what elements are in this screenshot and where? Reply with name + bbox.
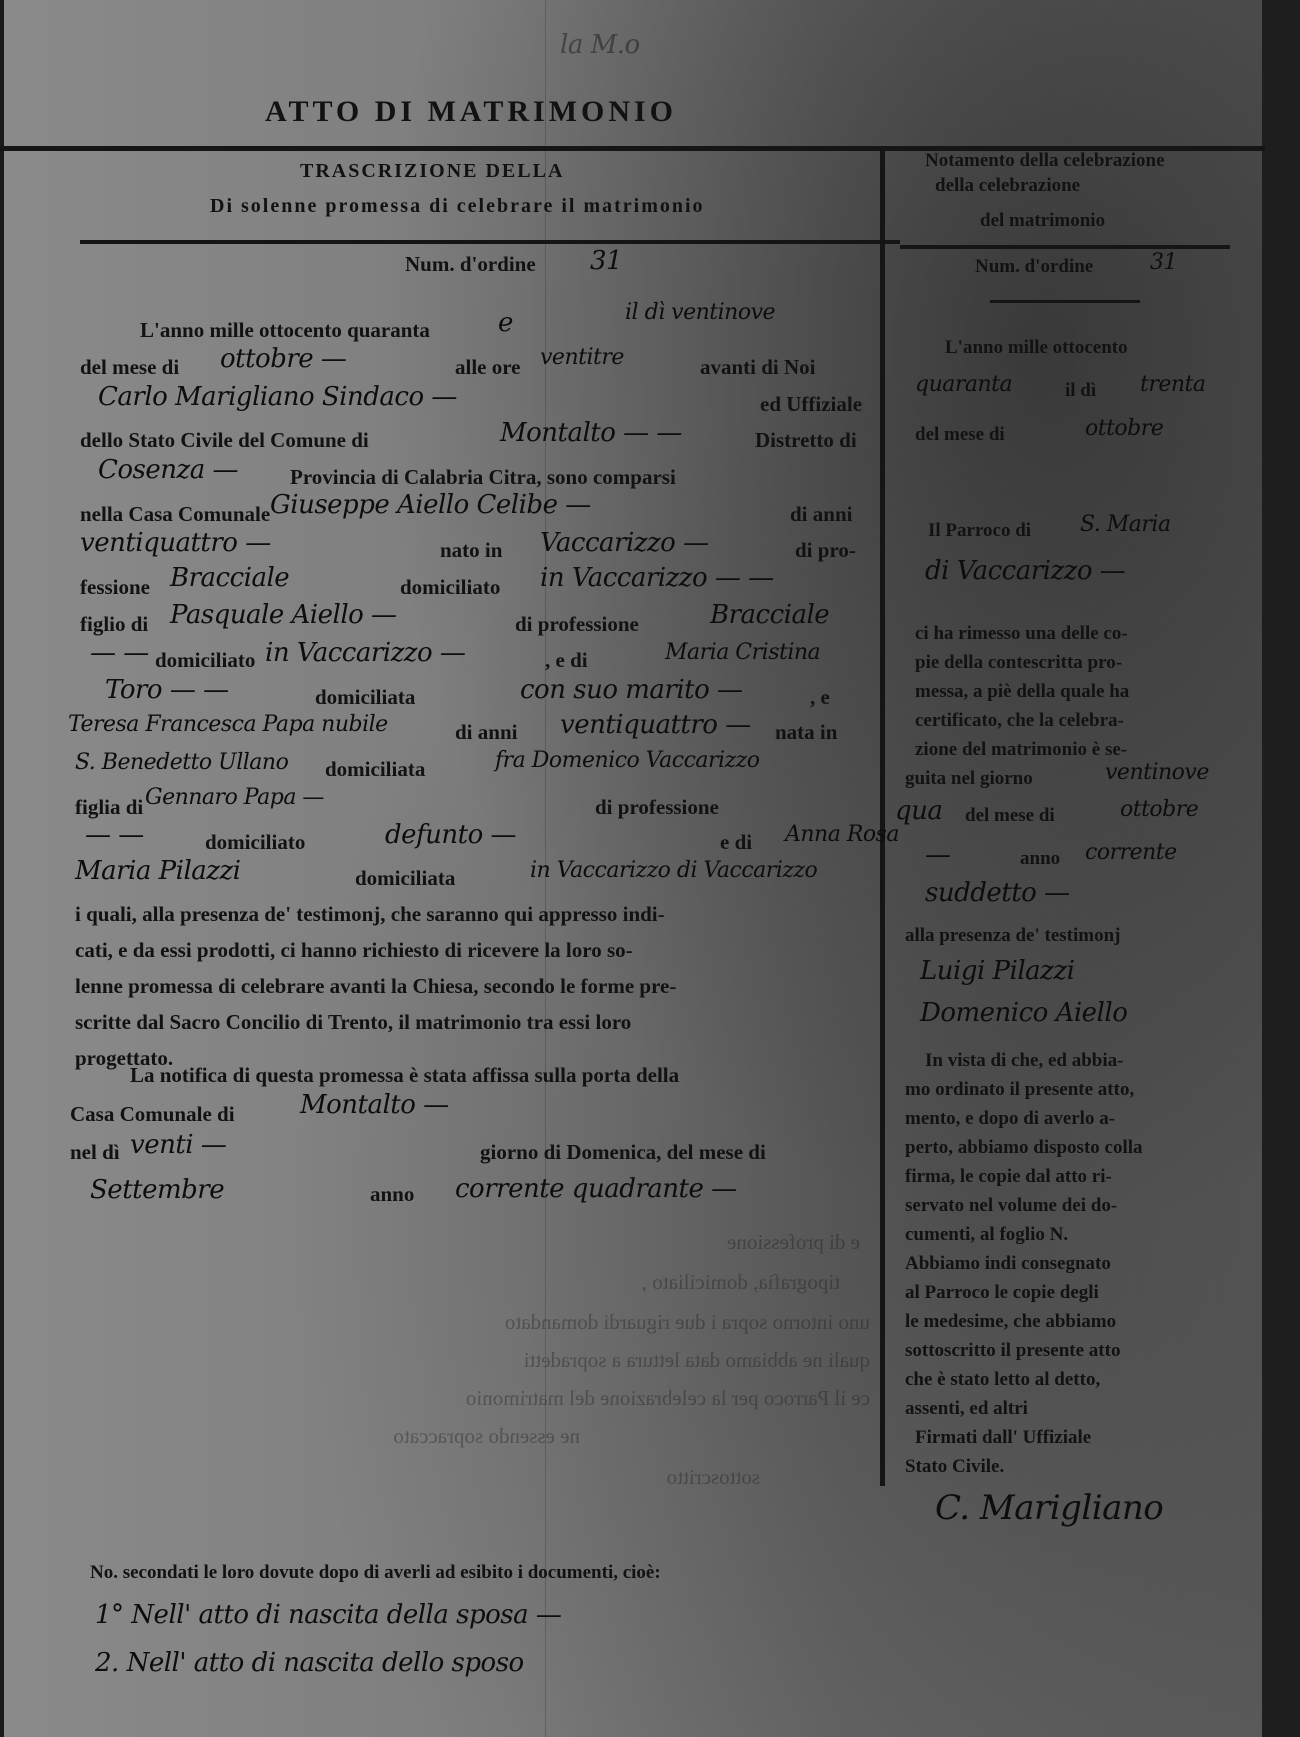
- document-subtitle-line2: Di solenne promessa di celebrare il matr…: [210, 195, 705, 218]
- bleed-line: uno intorno sopra i due riguardi domanda…: [505, 1310, 870, 1335]
- print-text: giorno di Domenica, del mese di: [480, 1140, 766, 1165]
- scan-border-left: [0, 0, 4, 1737]
- bleed-line: tipografia, domiciliato ,: [642, 1270, 840, 1295]
- handwritten-entry: ottobre: [1085, 416, 1163, 441]
- print-text: anno: [1020, 848, 1060, 870]
- sidebar-closing-line: servato nel volume dei do-: [905, 1195, 1117, 1217]
- print-text: domiciliata: [325, 757, 425, 782]
- bleed-line: quali ne abbiamo data lettura a sopradet…: [524, 1348, 870, 1373]
- handwritten-entry: suddetto —: [925, 878, 1070, 908]
- handwritten-entry: Anna Rosa: [785, 822, 899, 847]
- sidebar-closing-line: assenti, ed altri: [905, 1398, 1028, 1420]
- sidebar-closing-line: mo ordinato il presente atto,: [905, 1079, 1134, 1101]
- handwritten-entry: Maria Pilazzi: [75, 856, 240, 886]
- sidebar-closing-line: firma, le copie dal atto ri-: [905, 1166, 1112, 1188]
- sidebar-header: della celebrazione: [935, 175, 1080, 197]
- handwritten-entry: Cosenza —: [98, 455, 238, 485]
- handwritten-entry: ventiquattro —: [80, 528, 271, 558]
- sidebar-order-label: Num. d'ordine: [975, 256, 1093, 278]
- order-number-label: Num. d'ordine: [405, 252, 536, 277]
- bleed-line: ce il Parroco per la celebrazione del ma…: [466, 1386, 870, 1411]
- handwritten-entry: ventitre: [540, 345, 624, 370]
- handwritten-entry: Maria Cristina: [665, 640, 820, 665]
- scan-border-right: [1262, 0, 1300, 1737]
- print-text: La notifica di questa promessa è stata a…: [130, 1063, 679, 1088]
- handwritten-entry: Giuseppe Aiello Celibe —: [270, 490, 591, 520]
- sidebar-closing-line: cumenti, al foglio N.: [905, 1224, 1068, 1246]
- document-title: ATTO DI MATRIMONIO: [265, 95, 677, 129]
- print-text: dello Stato Civile del Comune di: [80, 428, 369, 453]
- footer-note: 2. Nell' atto di nascita dello sposo: [95, 1648, 524, 1678]
- print-text: domiciliata: [355, 866, 455, 891]
- sidebar-rule: [900, 245, 1230, 249]
- witness-name: Domenico Aiello: [920, 998, 1127, 1028]
- sidebar-closing-line: Stato Civile.: [905, 1456, 1004, 1478]
- handwritten-entry: —: [925, 840, 951, 870]
- sidebar-header: Notamento della celebrazione: [925, 150, 1165, 172]
- handwritten-entry: Bracciale: [170, 563, 289, 593]
- print-text: di professione: [595, 795, 719, 820]
- scanned-page: la M.o ATTO DI MATRIMONIO TRASCRIZIONE D…: [0, 0, 1300, 1737]
- sidebar-header: del matrimonio: [980, 210, 1105, 232]
- sidebar-paragraph-line: messa, a piè della quale ha: [915, 681, 1129, 703]
- handwritten-entry: ventiquattro —: [560, 710, 751, 740]
- handwritten-entry: Toro — —: [105, 675, 229, 705]
- print-text: alla presenza de' testimonj: [905, 925, 1121, 947]
- handwritten-entry: defunto —: [385, 820, 516, 850]
- handwritten-entry: Teresa Francesca Papa nubile: [68, 712, 388, 737]
- handwritten-entry: venti —: [130, 1130, 226, 1160]
- handwritten-entry: Montalto —: [300, 1090, 449, 1120]
- handwritten-entry: Vaccarizzo —: [540, 528, 709, 558]
- handwritten-entry: ventinove: [1105, 760, 1209, 785]
- print-text: figlio di: [80, 612, 148, 637]
- print-text: L'anno mille ottocento quaranta: [140, 318, 430, 343]
- print-text: Il Parroco di: [928, 520, 1031, 542]
- sidebar-closing-line: le medesime, che abbiamo: [905, 1311, 1116, 1333]
- print-text: ed Uffiziale: [760, 392, 862, 417]
- witness-name: Luigi Pilazzi: [920, 956, 1074, 986]
- top-annotation: la M.o: [560, 30, 640, 60]
- handwritten-entry: Bracciale: [710, 600, 829, 630]
- bleed-line: sottoscritto: [667, 1465, 760, 1490]
- print-text: , e di: [545, 648, 588, 673]
- handwritten-entry: trenta: [1140, 372, 1206, 397]
- sidebar-paragraph-line: certificato, che la celebra-: [915, 710, 1124, 732]
- handwritten-entry: — —: [85, 820, 144, 850]
- handwritten-entry: — —: [90, 638, 149, 668]
- handwritten-entry: Carlo Marigliano Sindaco —: [98, 382, 457, 412]
- handwritten-entry: in Vaccarizzo — —: [540, 563, 774, 593]
- print-text: del mese di: [80, 355, 179, 380]
- paragraph-line: cati, e da essi prodotti, ci hanno richi…: [75, 938, 633, 963]
- handwritten-entry: con suo marito —: [520, 675, 743, 705]
- print-text: fessione: [80, 575, 150, 600]
- handwritten-entry: in Vaccarizzo di Vaccarizzo: [530, 858, 817, 883]
- handwritten-entry: qua: [895, 796, 942, 826]
- print-text: figlia di: [75, 795, 143, 820]
- print-text: nato in: [440, 538, 502, 563]
- sidebar-paragraph-line: pie della contescritta pro-: [915, 652, 1122, 674]
- sidebar-order-value: 31: [1150, 250, 1177, 275]
- print-text: domiciliato: [205, 830, 305, 855]
- handwritten-entry: corrente: [1085, 840, 1177, 865]
- bleed-line: e di professione: [727, 1230, 860, 1255]
- print-text: nata in: [775, 720, 837, 745]
- print-text: , e: [810, 685, 830, 710]
- print-text: di pro-: [795, 538, 856, 563]
- sidebar-paragraph-line: guita nel giorno: [905, 768, 1033, 790]
- paragraph-line: scritte dal Sacro Concilio di Trento, il…: [75, 1010, 631, 1035]
- print-text: di anni: [455, 720, 517, 745]
- sidebar-closing-line: mento, e dopo di averlo a-: [905, 1108, 1115, 1130]
- header-rule-bottom: [80, 240, 900, 244]
- print-text: e di: [720, 830, 752, 855]
- handwritten-entry: di Vaccarizzo —: [925, 556, 1125, 586]
- print-text: domiciliato: [155, 648, 255, 673]
- handwritten-entry: Montalto — —: [500, 418, 682, 448]
- print-text: nella Casa Comunale: [80, 502, 270, 527]
- handwritten-entry: Gennaro Papa —: [145, 785, 324, 810]
- sidebar-closing-line: sottoscritto il presente atto: [905, 1340, 1120, 1362]
- column-divider: [880, 146, 885, 1486]
- handwritten-entry: quaranta: [915, 372, 1012, 397]
- handwritten-entry: in Vaccarizzo —: [265, 638, 465, 668]
- handwritten-entry: il dì ventinove: [625, 300, 775, 325]
- sidebar-paragraph-line: ci ha rimesso una delle co-: [915, 623, 1128, 645]
- footer-print-text: No. secondati le loro dovute dopo di ave…: [90, 1562, 661, 1584]
- print-text: anno: [370, 1182, 414, 1207]
- handwritten-entry: Settembre: [90, 1175, 224, 1205]
- handwritten-entry: S. Maria: [1080, 512, 1171, 537]
- print-text: del mese di: [965, 805, 1055, 827]
- print-text: di professione: [515, 612, 639, 637]
- paragraph-line: i quali, alla presenza de' testimonj, ch…: [75, 902, 665, 927]
- print-text: Provincia di Calabria Citra, sono compar…: [290, 465, 676, 490]
- handwritten-entry: e: [498, 308, 513, 338]
- print-text: di anni: [790, 502, 852, 527]
- sidebar-short-rule: [990, 300, 1140, 303]
- print-text: alle ore: [455, 355, 521, 380]
- footer-note: 1° Nell' atto di nascita della sposa —: [95, 1600, 561, 1630]
- sidebar-closing-line: Firmati dall' Uffiziale: [915, 1427, 1091, 1449]
- sidebar-closing-line: che è stato letto al detto,: [905, 1369, 1100, 1391]
- print-text: domiciliato: [400, 575, 500, 600]
- print-text: nel dì: [70, 1140, 120, 1165]
- bleed-line: ne essendo sopraccato: [393, 1424, 580, 1449]
- sidebar-closing-line: perto, abbiamo disposto colla: [905, 1137, 1143, 1159]
- handwritten-entry: ottobre —: [220, 344, 346, 374]
- print-text: del mese di: [915, 424, 1005, 446]
- print-text: L'anno mille ottocento: [945, 337, 1128, 359]
- sidebar-closing-line: al Parroco le copie degli: [905, 1282, 1099, 1304]
- print-text: Distretto di: [755, 428, 857, 453]
- handwritten-entry: fra Domenico Vaccarizzo: [495, 748, 760, 773]
- order-number-value: 31: [590, 246, 622, 276]
- paragraph-line: lenne promessa di celebrare avanti la Ch…: [75, 974, 676, 999]
- print-text: avanti di Noi: [700, 355, 816, 380]
- handwritten-entry: ottobre: [1120, 797, 1198, 822]
- print-text: Casa Comunale di: [70, 1102, 235, 1127]
- print-text: domiciliata: [315, 685, 415, 710]
- handwritten-entry: corrente quadrante —: [455, 1174, 737, 1204]
- document-subtitle: TRASCRIZIONE DELLA: [300, 160, 564, 183]
- sidebar-paragraph-line: zione del matrimonio è se-: [915, 739, 1127, 761]
- handwritten-entry: S. Benedetto Ullano: [75, 750, 288, 775]
- sidebar-closing-line: In vista di che, ed abbia-: [925, 1050, 1123, 1072]
- bleed-through-text: e di professione tipografia, domiciliato…: [80, 1210, 880, 1490]
- sidebar-closing-line: Abbiamo indi consegnato: [905, 1253, 1111, 1275]
- print-text: il dì: [1065, 380, 1096, 402]
- official-signature: C. Marigliano: [935, 1488, 1163, 1528]
- handwritten-entry: Pasquale Aiello —: [170, 600, 397, 630]
